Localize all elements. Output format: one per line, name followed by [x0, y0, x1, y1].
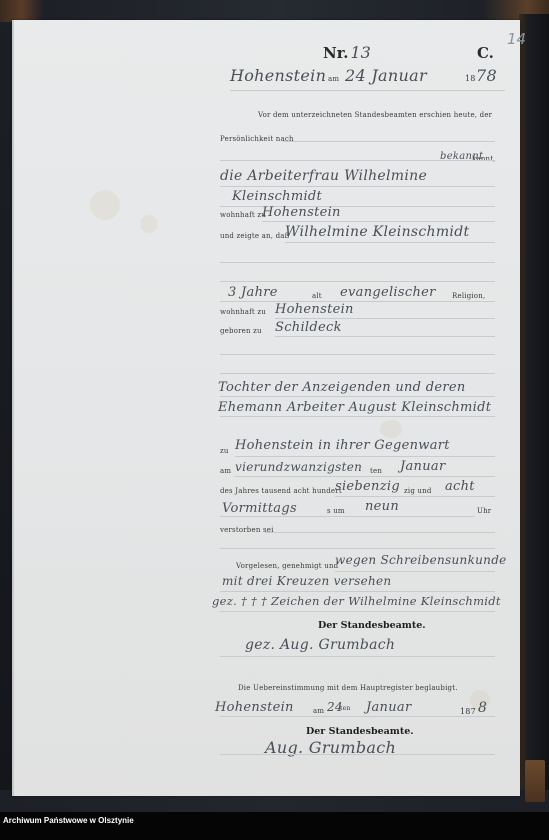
- registrar-signature-1: gez. Aug. Grumbach: [245, 637, 395, 653]
- header-year-suffix: 78: [476, 66, 497, 85]
- year-value-2: acht: [445, 479, 475, 494]
- rule-line: [220, 716, 495, 717]
- rule-line: [285, 242, 495, 243]
- rule-line: [230, 90, 505, 91]
- folio-number: 14: [507, 30, 526, 48]
- hour-label: Uhr: [477, 507, 491, 515]
- binding-right-edge: [519, 14, 549, 794]
- rule-line: [220, 373, 495, 374]
- time-value: Vormittags: [222, 501, 297, 516]
- place-label: zu: [220, 447, 229, 455]
- archive-name: Archiwum Państwowe w Olsztynie: [3, 816, 134, 825]
- rule-line: [220, 396, 495, 397]
- cert-month: Januar: [366, 700, 411, 715]
- cert-ten-label: ten: [340, 705, 350, 712]
- deceased-residence-label: wohnhaft zu: [220, 308, 266, 316]
- religion-label: Religion,: [452, 292, 485, 300]
- leather-corner: [525, 760, 545, 802]
- paper-stain: [90, 190, 120, 220]
- cert-year-suffix: 8: [478, 700, 487, 716]
- informant-line-2: Kleinschmidt: [232, 189, 322, 204]
- signature-note-1: wegen Schreibensunkunde: [335, 553, 507, 567]
- rule-line: [262, 221, 495, 222]
- day-label-ten: ten: [370, 467, 382, 475]
- birthplace-label: geboren zu: [220, 327, 262, 335]
- age-value: 3 Jahre: [228, 285, 278, 300]
- binding-top-edge: [0, 0, 549, 22]
- rule-line: [235, 456, 495, 457]
- rule-line: [220, 354, 495, 355]
- registrar-heading-1: Der Standesbeamte.: [318, 620, 426, 631]
- deceased-name: Wilhelmine Kleinschmidt: [285, 224, 469, 240]
- rule-line: [335, 571, 495, 572]
- day-label-am: am: [220, 467, 231, 475]
- deceased-residence-value: Hohenstein: [275, 302, 354, 317]
- rule-line: [220, 186, 495, 187]
- rule-line: [220, 591, 495, 592]
- rule-line: [220, 516, 475, 517]
- year-label-und: zig und: [404, 487, 432, 495]
- birthplace-value: Schildeck: [275, 320, 342, 335]
- signature-note-2: mit drei Kreuzen versehen: [222, 574, 391, 588]
- day-value: vierundzwanzigsten: [235, 460, 362, 474]
- residence-value: Hohenstein: [262, 205, 341, 220]
- rule-line: [220, 611, 495, 612]
- year-value-1: siebenzig: [335, 479, 400, 494]
- rule-line: [220, 754, 495, 755]
- intro-text: Vor dem unterzeichneten Standesbeamten e…: [258, 111, 492, 119]
- month-value: Januar: [400, 459, 445, 474]
- page-fold-line: [12, 20, 14, 796]
- form-letter: C.: [477, 44, 494, 62]
- hour-value: neun: [365, 499, 399, 514]
- header-year-prefix: 18: [465, 74, 476, 83]
- header-place: Hohenstein: [230, 66, 326, 85]
- certification-text: Die Uebereinstimmung mit dem Hauptregist…: [238, 684, 458, 692]
- rule-line: [220, 262, 495, 263]
- paper-stain: [140, 215, 158, 233]
- year-label: des Jahres tausend acht hundert: [220, 487, 342, 495]
- age-label: alt: [312, 292, 322, 300]
- form-number: Nr.13: [323, 43, 371, 62]
- cert-am-label: am: [313, 707, 324, 715]
- rule-line: [220, 548, 495, 549]
- rule-line: [265, 532, 495, 533]
- rule-line: [335, 496, 495, 497]
- rule-line: [220, 301, 495, 302]
- read-approved-label: Vorgelesen, genehmigt und: [236, 562, 338, 570]
- rule-line: [283, 141, 495, 142]
- header-date: 24 Januar: [345, 66, 427, 85]
- informant-line-1: die Arbeiterfrau Wilhelmine: [220, 168, 427, 184]
- paper-stain: [380, 420, 402, 438]
- rule-line: [220, 656, 495, 657]
- rule-line: [220, 160, 495, 161]
- time-label: s um: [327, 507, 345, 515]
- cert-place: Hohenstein: [215, 700, 294, 715]
- form-number-value: 13: [350, 43, 370, 62]
- reports-label: und zeigte an, daß: [220, 232, 290, 240]
- rule-line: [275, 318, 495, 319]
- known-label: kannt,: [472, 155, 496, 163]
- rule-line: [220, 416, 495, 417]
- signature-note-3: gez. † † † Zeichen der Wilhelmine Kleins…: [212, 594, 501, 608]
- rule-line: [235, 476, 495, 477]
- cert-year-prefix: 187: [460, 707, 476, 716]
- form-number-label: Nr.: [323, 44, 348, 62]
- rule-line: [275, 336, 495, 337]
- registrar-heading-2: Der Standesbeamte.: [306, 726, 414, 737]
- religion-value: evangelischer: [340, 285, 436, 300]
- header-am-label: am: [328, 75, 339, 83]
- parents-line-1: Tochter der Anzeigenden und deren: [218, 380, 466, 395]
- residence-label: wohnhaft zu: [220, 211, 266, 219]
- rule-line: [220, 281, 495, 282]
- place-value: Hohenstein in ihrer Gegenwart: [235, 438, 450, 453]
- parents-line-2: Ehemann Arbeiter August Kleinschmidt: [218, 400, 491, 415]
